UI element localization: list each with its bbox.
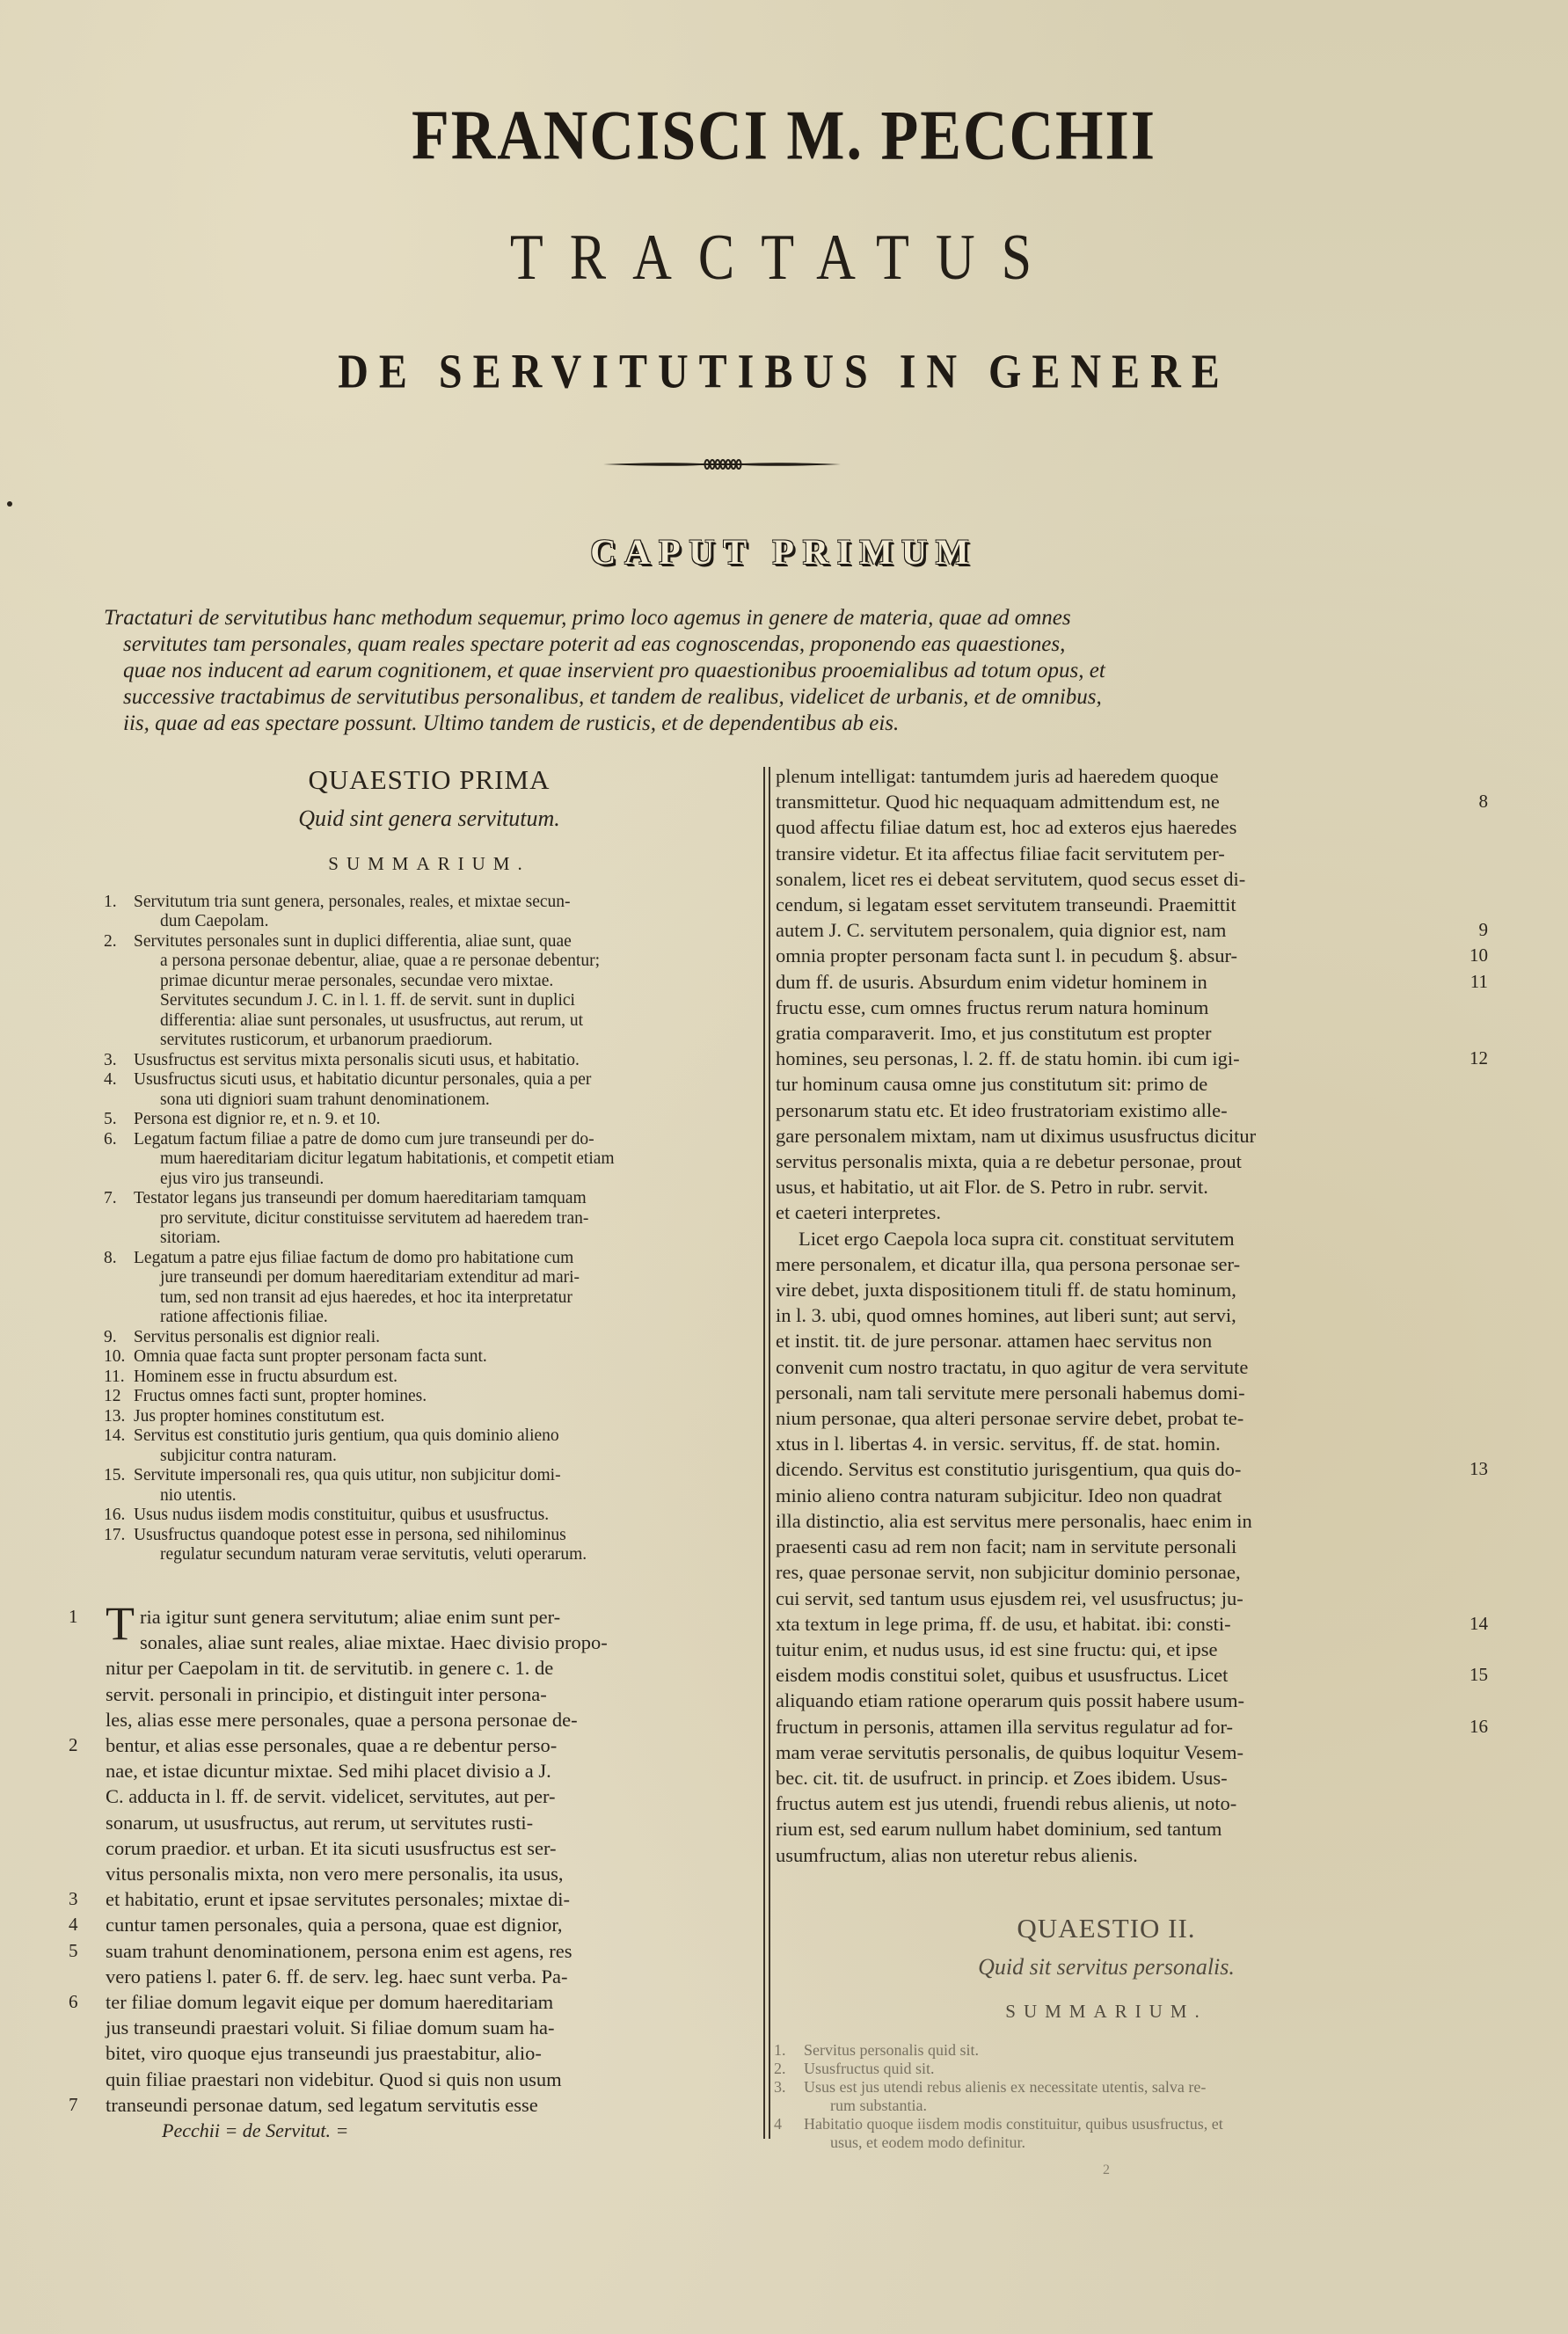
item-line: Legatum a patre ejus filiae factum de do…: [134, 1249, 573, 1267]
item-line: Ususfructus est servitus mixta personali…: [134, 1051, 580, 1069]
text-line: nium personae, qua alteri personae servi…: [776, 1405, 1437, 1431]
item-continuation: sitoriam.: [134, 1229, 753, 1249]
margin-note-number: 7: [69, 2092, 78, 2118]
summarium-item: 8.Legatum a patre ejus filiae factum de …: [106, 1249, 753, 1328]
line-text: cendum, si legatam esset servitutem tran…: [776, 893, 1236, 915]
line-text: tur hominum causa omne jus constitutum s…: [776, 1073, 1207, 1095]
margin-note-number: 11: [1470, 969, 1488, 995]
line-text: Licet ergo Caepola loca supra cit. const…: [799, 1228, 1235, 1250]
work-title: TRACTATUS: [0, 221, 1568, 295]
item-line: Habitatio quoque iisdem modis constituit…: [804, 2115, 1223, 2133]
text-line: illa distinctio, alia est servitus mere …: [776, 1508, 1437, 1534]
line-text: C. adducta in l. ff. de servit. videlice…: [106, 1785, 555, 1807]
text-line: vero patiens l. pater 6. ff. de serv. le…: [106, 1964, 753, 1989]
quaestio-title: QUAESTIO PRIMA: [106, 767, 753, 793]
item-line: Hominem esse in fructu absurdum est.: [134, 1368, 397, 1386]
item-text: Servitutes personales sunt in duplici di…: [134, 932, 753, 1051]
text-line: praesenti casu ad rem non facit; nam in …: [776, 1534, 1437, 1559]
text-line: usumfructum, alias non uteretur rebus al…: [776, 1842, 1437, 1868]
item-text: Ususfructus est servitus mixta personali…: [134, 1051, 753, 1071]
item-text: Servitus personalis est dignior reali.: [134, 1328, 753, 1348]
item-number: 17.: [104, 1526, 130, 1546]
item-text: Servitute impersonali res, qua quis utit…: [134, 1466, 753, 1506]
text-line: transeundi personae datum, sed legatum s…: [106, 2092, 753, 2118]
line-text: servitus personalis mixta, quia a re deb…: [776, 1150, 1242, 1172]
margin-note-number: 14: [1470, 1611, 1488, 1637]
item-text: Habitatio quoque iisdem modis constituit…: [804, 2115, 1437, 2152]
line-text: dum ff. de usuris. Absurdum enim videtur…: [776, 971, 1207, 993]
item-line: Servitutes personales sunt in duplici di…: [134, 932, 572, 951]
intro-line: successive tractabimus de servitutibus p…: [104, 684, 1433, 711]
item-text: Usus est jus utendi rebus alienis ex nec…: [804, 2078, 1437, 2115]
text-line: bec. cit. tit. de usufruct. in princip. …: [776, 1765, 1437, 1791]
ornament-rule-icon: [603, 459, 841, 470]
item-line: Usus nudus iisdem modis constituitur, qu…: [134, 1506, 549, 1524]
summarium-item: 4Habitatio quoque iisdem modis constitui…: [776, 2115, 1437, 2152]
margin-note-number: 6: [69, 1989, 78, 2015]
item-number: 3.: [104, 1051, 130, 1071]
signature-line: Pecchii = de Servitut. =: [106, 2118, 753, 2144]
line-text: minio alieno contra naturam subjicitur. …: [776, 1484, 1222, 1506]
item-line: Servitus personalis quid sit.: [804, 2041, 979, 2059]
item-line: Usus est jus utendi rebus alienis ex nec…: [804, 2078, 1206, 2096]
item-number: 12: [104, 1387, 130, 1407]
item-number: 16.: [104, 1506, 130, 1526]
item-continuation: a persona personae debentur, aliae, quae…: [134, 952, 753, 972]
intro-line: servitutes tam personales, quam reales s…: [104, 631, 1433, 658]
line-text: omnia propter personam facta sunt l. in …: [776, 945, 1237, 966]
margin-note-number: 2: [69, 1732, 78, 1758]
text-line: mere personalem, et dicatur illa, qua pe…: [776, 1251, 1437, 1277]
text-line: et habitatio, erunt et ipsae servitutes …: [106, 1886, 753, 1912]
line-text: illa distinctio, alia est servitus mere …: [776, 1510, 1252, 1532]
line-text: sonales, aliae sunt reales, aliae mixtae…: [140, 1631, 608, 1653]
item-continuation: Servitutes secundum J. C. in l. 1. ff. d…: [134, 991, 753, 1011]
line-text: dicendo. Servitus est constitutio jurisg…: [776, 1458, 1241, 1480]
text-line: corum praedior. et urban. Et ita sicuti …: [106, 1835, 753, 1861]
line-text: convenit cum nostro tractatu, in quo agi…: [776, 1356, 1248, 1378]
text-line: gare personalem mixtam, nam ut diximus u…: [776, 1123, 1437, 1149]
line-text: vero patiens l. pater 6. ff. de serv. le…: [106, 1966, 567, 1988]
item-continuation: tum, sed non transit ad ejus haeredes, e…: [134, 1288, 753, 1309]
text-line: transmittetur. Quod hic nequaquam admitt…: [776, 789, 1437, 814]
line-text: et instit. tit. de jure personar. attame…: [776, 1330, 1212, 1352]
text-line: quod affectu filiae datum est, hoc ad ex…: [776, 814, 1437, 840]
margin-note-number: 13: [1470, 1456, 1488, 1482]
text-line: usus, et habitatio, ut ait Flor. de S. P…: [776, 1174, 1437, 1200]
text-line: fructus autem est jus utendi, fruendi re…: [776, 1791, 1437, 1816]
summarium-item: 9.Servitus personalis est dignior reali.: [106, 1328, 753, 1348]
line-text: transmittetur. Quod hic nequaquam admitt…: [776, 791, 1220, 813]
intro-line: quae nos inducent ad earum cognitionem, …: [104, 658, 1433, 684]
item-number: 4.: [104, 1070, 130, 1090]
item-number: 13.: [104, 1407, 130, 1427]
item-continuation: pro servitute, dicitur constituisse serv…: [134, 1209, 753, 1229]
line-text: cui servit, sed tantum usus ejusdem rei,…: [776, 1587, 1243, 1609]
quaestio-secunda: QUAESTIO II. Quid sit servitus personali…: [776, 1915, 1437, 2184]
text-line: cuntur tamen personales, quia a persona,…: [106, 1912, 753, 1937]
item-text: Ususfructus quid sit.: [804, 2060, 1437, 2078]
text-line: fructum in personis, attamen illa servit…: [776, 1714, 1437, 1740]
item-continuation: sona uti digniori suam trahunt denominat…: [134, 1090, 753, 1111]
line-text: servit. personali in principio, et disti…: [106, 1683, 547, 1705]
left-body-text: Tria igitur sunt genera servitutum; alia…: [106, 1604, 753, 2118]
text-line: vire debet, juxta dispositionem tituli f…: [776, 1277, 1437, 1302]
line-text: nae, et istae dicuntur mixtae. Sed mihi …: [106, 1760, 551, 1782]
summarium-item: 14.Servitus est constitutio juris gentiu…: [106, 1426, 753, 1466]
item-line: Servitute impersonali res, qua quis utit…: [134, 1466, 561, 1484]
text-line: tuitur enim, et nudus usus, id est sine …: [776, 1637, 1437, 1662]
item-text: Servitus personalis quid sit.: [804, 2041, 1437, 2060]
text-line: Licet ergo Caepola loca supra cit. const…: [776, 1226, 1437, 1251]
item-line: Ususfructus quandoque potest esse in per…: [134, 1526, 566, 1544]
item-continuation: subjicitur contra naturam.: [134, 1447, 753, 1467]
text-line: omnia propter personam facta sunt l. in …: [776, 943, 1437, 968]
item-number: 2.: [104, 932, 130, 952]
item-number: 1.: [774, 2041, 800, 2060]
line-text: gratia comparaverit. Imo, et jus constit…: [776, 1022, 1211, 1044]
chapter-heading: CAPUT PRIMUM: [0, 531, 1568, 573]
item-number: 1.: [104, 893, 130, 913]
text-line: convenit cum nostro tractatu, in quo agi…: [776, 1354, 1437, 1380]
text-line: sonales, aliae sunt reales, aliae mixtae…: [106, 1630, 753, 1655]
line-text: bitet, viro quoque ejus transeundi jus p…: [106, 2042, 542, 2064]
item-number: 2.: [774, 2060, 800, 2078]
item-continuation: rum substantia.: [804, 2097, 1437, 2115]
line-text: homines, seu personas, l. 2. ff. de stat…: [776, 1047, 1240, 1069]
text-line: dum ff. de usuris. Absurdum enim videtur…: [776, 969, 1437, 995]
text-line: et caeteri interpretes.: [776, 1200, 1437, 1225]
item-text: Ususfructus sicuti usus, et habitatio di…: [134, 1070, 753, 1110]
line-text: in l. 3. ubi, quod omnes homines, aut li…: [776, 1304, 1236, 1326]
text-line: bitet, viro quoque ejus transeundi jus p…: [106, 2040, 753, 2066]
line-text: ter filiae domum legavit eique per domum…: [106, 1991, 553, 2013]
quaestio-title: QUAESTIO II.: [776, 1915, 1437, 1942]
summarium-heading: SUMMARIUM.: [776, 1998, 1437, 2024]
line-text: cuntur tamen personales, quia a persona,…: [106, 1914, 563, 1936]
item-line: Fructus omnes facti sunt, propter homine…: [134, 1387, 427, 1405]
item-text: Usus nudus iisdem modis constituitur, qu…: [134, 1506, 753, 1526]
text-line: Tria igitur sunt genera servitutum; alia…: [106, 1604, 753, 1630]
line-text: mere personalem, et dicatur illa, qua pe…: [776, 1253, 1240, 1275]
text-line: gratia comparaverit. Imo, et jus constit…: [776, 1020, 1437, 1046]
intro-line: iis, quae ad eas spectare possunt. Ultim…: [104, 711, 1433, 737]
item-continuation: dum Caepolam.: [134, 912, 753, 932]
text-line: servit. personali in principio, et disti…: [106, 1681, 753, 1707]
text-line: plenum intelligat: tantumdem juris ad ha…: [776, 763, 1437, 789]
summarium-item: 1.Servitutum tria sunt genera, personale…: [106, 893, 753, 932]
line-text: personali, nam tali servitute mere perso…: [776, 1382, 1245, 1404]
text-line: les, alias esse mere personales, quae a …: [106, 1707, 753, 1732]
text-line: res, quae personae servit, non subjicitu…: [776, 1559, 1437, 1585]
item-number: 4: [774, 2115, 800, 2133]
summarium-item: 11.Hominem esse in fructu absurdum est.: [106, 1368, 753, 1388]
text-line: in l. 3. ubi, quod omnes homines, aut li…: [776, 1302, 1437, 1328]
item-text: Ususfructus quandoque potest esse in per…: [134, 1526, 753, 1565]
line-text: mam verae servitutis personalis, de quib…: [776, 1741, 1243, 1763]
item-number: 9.: [104, 1328, 130, 1348]
item-number: 11.: [104, 1368, 130, 1388]
item-text: Servitus est constitutio juris gentium, …: [134, 1426, 753, 1466]
line-text: les, alias esse mere personales, quae a …: [106, 1709, 578, 1731]
column-divider: [763, 767, 770, 2139]
line-text: nium personae, qua alteri personae servi…: [776, 1407, 1243, 1429]
line-text: quod affectu filiae datum est, hoc ad ex…: [776, 816, 1236, 838]
summarium-item: 10.Omnia quae facta sunt propter persona…: [106, 1347, 753, 1368]
treatise-subtitle: DE SERVITUTIBUS IN GENERE: [0, 344, 1568, 399]
book-page: FRANCISCI M. PECCHII TRACTATUS DE SERVIT…: [0, 0, 1568, 2334]
text-line: minio alieno contra naturam subjicitur. …: [776, 1483, 1437, 1508]
summarium-item: 13.Jus propter homines constitutum est.: [106, 1407, 753, 1427]
text-line: vitus personalis mixta, non vero mere pe…: [106, 1861, 753, 1886]
text-line: bentur, et alias esse personales, quae a…: [106, 1732, 753, 1758]
item-text: Servitutum tria sunt genera, personales,…: [134, 893, 753, 932]
text-line: cendum, si legatam esset servitutem tran…: [776, 892, 1437, 917]
margin-note-number: 1: [69, 1604, 78, 1630]
summarium-item: 2.Ususfructus quid sit.: [776, 2060, 1437, 2078]
summarium-item: 16.Usus nudus iisdem modis constituitur,…: [106, 1506, 753, 1526]
text-line: dicendo. Servitus est constitutio jurisg…: [776, 1456, 1437, 1482]
text-line: homines, seu personas, l. 2. ff. de stat…: [776, 1046, 1437, 1071]
text-line: sonalem, licet res ei debeat servitutem,…: [776, 866, 1437, 892]
item-line: Persona est dignior re, et n. 9. et 10.: [134, 1110, 381, 1128]
quaestio-subtitle: Quid sit servitus personalis.: [776, 1954, 1437, 1980]
item-line: Ususfructus sicuti usus, et habitatio di…: [134, 1070, 591, 1089]
item-continuation: nio utentis.: [134, 1486, 753, 1506]
text-line: fructu esse, cum omnes fructus rerum nat…: [776, 995, 1437, 1020]
item-text: Testator legans jus transeundi per domum…: [134, 1189, 753, 1249]
item-continuation: servitutes rusticorum, et urbanorum prae…: [134, 1031, 753, 1051]
item-number: 5.: [104, 1110, 130, 1130]
line-text: usus, et habitatio, ut ait Flor. de S. P…: [776, 1176, 1208, 1198]
text-line: xtus in l. libertas 4. in versic. servit…: [776, 1431, 1437, 1456]
text-line: transire videtur. Et ita affectus filiae…: [776, 841, 1437, 866]
line-text: bec. cit. tit. de usufruct. in princip. …: [776, 1767, 1228, 1789]
summarium-item: 7.Testator legans jus transeundi per dom…: [106, 1189, 753, 1249]
ink-spot: [7, 501, 12, 507]
line-text: sonalem, licet res ei debeat servitutem,…: [776, 868, 1245, 890]
margin-note-number: 4: [69, 1912, 78, 1937]
item-text: Omnia quae facta sunt propter personam f…: [134, 1347, 753, 1368]
line-text: quin filiae praestari non videbitur. Quo…: [106, 2068, 562, 2090]
text-line: sonarum, ut ususfructus, aut rerum, ut s…: [106, 1810, 753, 1835]
line-text: suam trahunt denominationem, persona eni…: [106, 1940, 573, 1962]
line-text: rium est, sed earum nullum habet dominiu…: [776, 1818, 1222, 1840]
item-continuation: ratione affectionis filiae.: [134, 1308, 753, 1328]
summarium-item: 1.Servitus personalis quid sit.: [776, 2041, 1437, 2060]
item-number: 6.: [104, 1130, 130, 1150]
item-text: Legatum a patre ejus filiae factum de do…: [134, 1249, 753, 1328]
summarium-item: 5.Persona est dignior re, et n. 9. et 10…: [106, 1110, 753, 1130]
item-continuation: jure transeundi per domum haereditariam …: [134, 1268, 753, 1288]
author-title: FRANCISCI M. PECCHII: [0, 96, 1568, 177]
line-text: autem J. C. servitutem personalem, quia …: [776, 919, 1226, 941]
line-text: transire videtur. Et ita affectus filiae…: [776, 842, 1225, 864]
item-continuation: ejus viro jus transeundi.: [134, 1170, 753, 1190]
summarium-item: 3.Ususfructus est servitus mixta persona…: [106, 1051, 753, 1071]
text-line: rium est, sed earum nullum habet dominiu…: [776, 1816, 1437, 1842]
item-text: Legatum factum filiae a patre de domo cu…: [134, 1130, 753, 1190]
line-text: aliquando etiam ratione operarum quis po…: [776, 1689, 1244, 1711]
summarium-item: 2.Servitutes personales sunt in duplici …: [106, 932, 753, 1051]
summarium-heading: SUMMARIUM.: [106, 850, 753, 877]
summarium-item: 17.Ususfructus quandoque potest esse in …: [106, 1526, 753, 1565]
item-line: Omnia quae facta sunt propter personam f…: [134, 1347, 487, 1366]
line-text: gare personalem mixtam, nam ut diximus u…: [776, 1125, 1256, 1147]
line-text: vitus personalis mixta, non vero mere pe…: [106, 1863, 564, 1885]
margin-note-number: 15: [1470, 1662, 1488, 1688]
line-text: fructus autem est jus utendi, fruendi re…: [776, 1792, 1236, 1814]
item-continuation: mum haereditariam dicitur legatum habita…: [134, 1149, 753, 1170]
margin-note-number: 10: [1470, 943, 1488, 968]
summarium-list: 1.Servitutum tria sunt genera, personale…: [106, 893, 753, 1565]
text-line: quin filiae praestari non videbitur. Quo…: [106, 2067, 753, 2092]
text-line: ter filiae domum legavit eique per domum…: [106, 1989, 753, 2015]
text-line: jus transeundi praestari voluit. Si fili…: [106, 2015, 753, 2040]
text-line: tur hominum causa omne jus constitutum s…: [776, 1071, 1437, 1097]
text-line: cui servit, sed tantum usus ejusdem rei,…: [776, 1586, 1437, 1611]
line-text: plenum intelligat: tantumdem juris ad ha…: [776, 765, 1219, 787]
item-line: Servitus est constitutio juris gentium, …: [134, 1426, 559, 1445]
right-body-text: plenum intelligat: tantumdem juris ad ha…: [776, 763, 1437, 1868]
margin-note-number: 16: [1470, 1714, 1488, 1740]
margin-note-number: 12: [1470, 1046, 1488, 1071]
intro-paragraph: Tractaturi de servitutibus hanc methodum…: [104, 605, 1433, 737]
text-line: eisdem modis constitui solet, quibus et …: [776, 1662, 1437, 1688]
text-line: personali, nam tali servitute mere perso…: [776, 1380, 1437, 1405]
line-text: et caeteri interpretes.: [776, 1201, 941, 1223]
item-line: Testator legans jus transeundi per domum…: [134, 1189, 587, 1207]
item-line: Ususfructus quid sit.: [804, 2060, 935, 2077]
text-line: servitus personalis mixta, quia a re deb…: [776, 1149, 1437, 1174]
line-text: sonarum, ut ususfructus, aut rerum, ut s…: [106, 1812, 533, 1834]
text-line: nae, et istae dicuntur mixtae. Sed mihi …: [106, 1758, 753, 1783]
item-continuation: differentia: aliae sunt personales, ut u…: [134, 1011, 753, 1032]
summarium-list: 1.Servitus personalis quid sit.2.Ususfru…: [776, 2041, 1437, 2152]
margin-note-number: 3: [69, 1886, 78, 1912]
left-column: QUAESTIO PRIMA Quid sint genera servitut…: [106, 763, 753, 2144]
margin-note-number: 5: [69, 1938, 78, 1964]
item-continuation: regulatur secundum naturam verae servitu…: [134, 1545, 753, 1565]
item-number: 3.: [774, 2078, 800, 2097]
text-line: nitur per Caepolam in tit. de servitutib…: [106, 1655, 753, 1681]
text-line: mam verae servitutis personalis, de quib…: [776, 1740, 1437, 1765]
line-text: transeundi personae datum, sed legatum s…: [106, 2094, 538, 2116]
item-line: Jus propter homines constitutum est.: [134, 1407, 384, 1426]
item-text: Fructus omnes facti sunt, propter homine…: [134, 1387, 753, 1407]
line-text: et habitatio, erunt et ipsae servitutes …: [106, 1888, 570, 1910]
line-text: eisdem modis constitui solet, quibus et …: [776, 1664, 1228, 1686]
line-text: praesenti casu ad rem non facit; nam in …: [776, 1535, 1236, 1557]
summarium-item: 3.Usus est jus utendi rebus alienis ex n…: [776, 2078, 1437, 2115]
summarium-item: 4.Ususfructus sicuti usus, et habitatio …: [106, 1070, 753, 1110]
line-text: tuitur enim, et nudus usus, id est sine …: [776, 1638, 1217, 1660]
item-text: Jus propter homines constitutum est.: [134, 1407, 753, 1427]
quaestio-subtitle: Quid sint genera servitutum.: [106, 806, 753, 832]
line-text: personarum statu etc. Et ideo frustrator…: [776, 1099, 1228, 1121]
summarium-item: 12Fructus omnes facti sunt, propter homi…: [106, 1387, 753, 1407]
line-text: bentur, et alias esse personales, quae a…: [106, 1734, 557, 1756]
item-line: Servitus personalis est dignior reali.: [134, 1328, 380, 1346]
item-continuation: primae dicuntur merae personales, secund…: [134, 972, 753, 992]
intro-line: Tractaturi de servitutibus hanc methodum…: [104, 605, 1433, 631]
line-text: res, quae personae servit, non subjicitu…: [776, 1561, 1241, 1583]
text-line: xta textum in lege prima, ff. de usu, et…: [776, 1611, 1437, 1637]
item-number: 14.: [104, 1426, 130, 1447]
text-line: aliquando etiam ratione operarum quis po…: [776, 1688, 1437, 1713]
text-line: suam trahunt denominationem, persona eni…: [106, 1938, 753, 1964]
line-text: xtus in l. libertas 4. in versic. servit…: [776, 1433, 1221, 1455]
text-line: autem J. C. servitutem personalem, quia …: [776, 917, 1437, 943]
right-column: plenum intelligat: tantumdem juris ad ha…: [776, 763, 1437, 2184]
item-line: Legatum factum filiae a patre de domo cu…: [134, 1130, 594, 1149]
margin-note-number: 9: [1479, 917, 1489, 943]
item-number: 15.: [104, 1466, 130, 1486]
item-continuation: usus, et eodem modo definitur.: [804, 2133, 1437, 2152]
summarium-item: 6.Legatum factum filiae a patre de domo …: [106, 1130, 753, 1190]
summarium-item: 15.Servitute impersonali res, qua quis u…: [106, 1466, 753, 1506]
item-text: Persona est dignior re, et n. 9. et 10.: [134, 1110, 753, 1130]
signature-mark: 2: [776, 2157, 1437, 2184]
item-number: 8.: [104, 1249, 130, 1269]
line-text: nitur per Caepolam in tit. de servitutib…: [106, 1657, 553, 1679]
item-number: 10.: [104, 1347, 130, 1368]
line-text: fructum in personis, attamen illa servit…: [776, 1716, 1233, 1738]
text-line: et instit. tit. de jure personar. attame…: [776, 1328, 1437, 1353]
text-line: C. adducta in l. ff. de servit. videlice…: [106, 1783, 753, 1809]
line-text: jus transeundi praestari voluit. Si fili…: [106, 2017, 555, 2039]
item-text: Hominem esse in fructu absurdum est.: [134, 1368, 753, 1388]
item-line: Servitutum tria sunt genera, personales,…: [134, 893, 571, 911]
line-text: vire debet, juxta dispositionem tituli f…: [776, 1279, 1236, 1301]
line-text: usumfructum, alias non uteretur rebus al…: [776, 1844, 1138, 1866]
margin-note-number: 8: [1479, 789, 1489, 814]
line-text: fructu esse, cum omnes fructus rerum nat…: [776, 996, 1208, 1018]
line-text: corum praedior. et urban. Et ita sicuti …: [106, 1837, 557, 1859]
text-line: personarum statu etc. Et ideo frustrator…: [776, 1098, 1437, 1123]
line-text: ria igitur sunt genera servitutum; aliae…: [140, 1606, 560, 1628]
item-number: 7.: [104, 1189, 130, 1209]
line-text: xta textum in lege prima, ff. de usu, et…: [776, 1613, 1231, 1635]
